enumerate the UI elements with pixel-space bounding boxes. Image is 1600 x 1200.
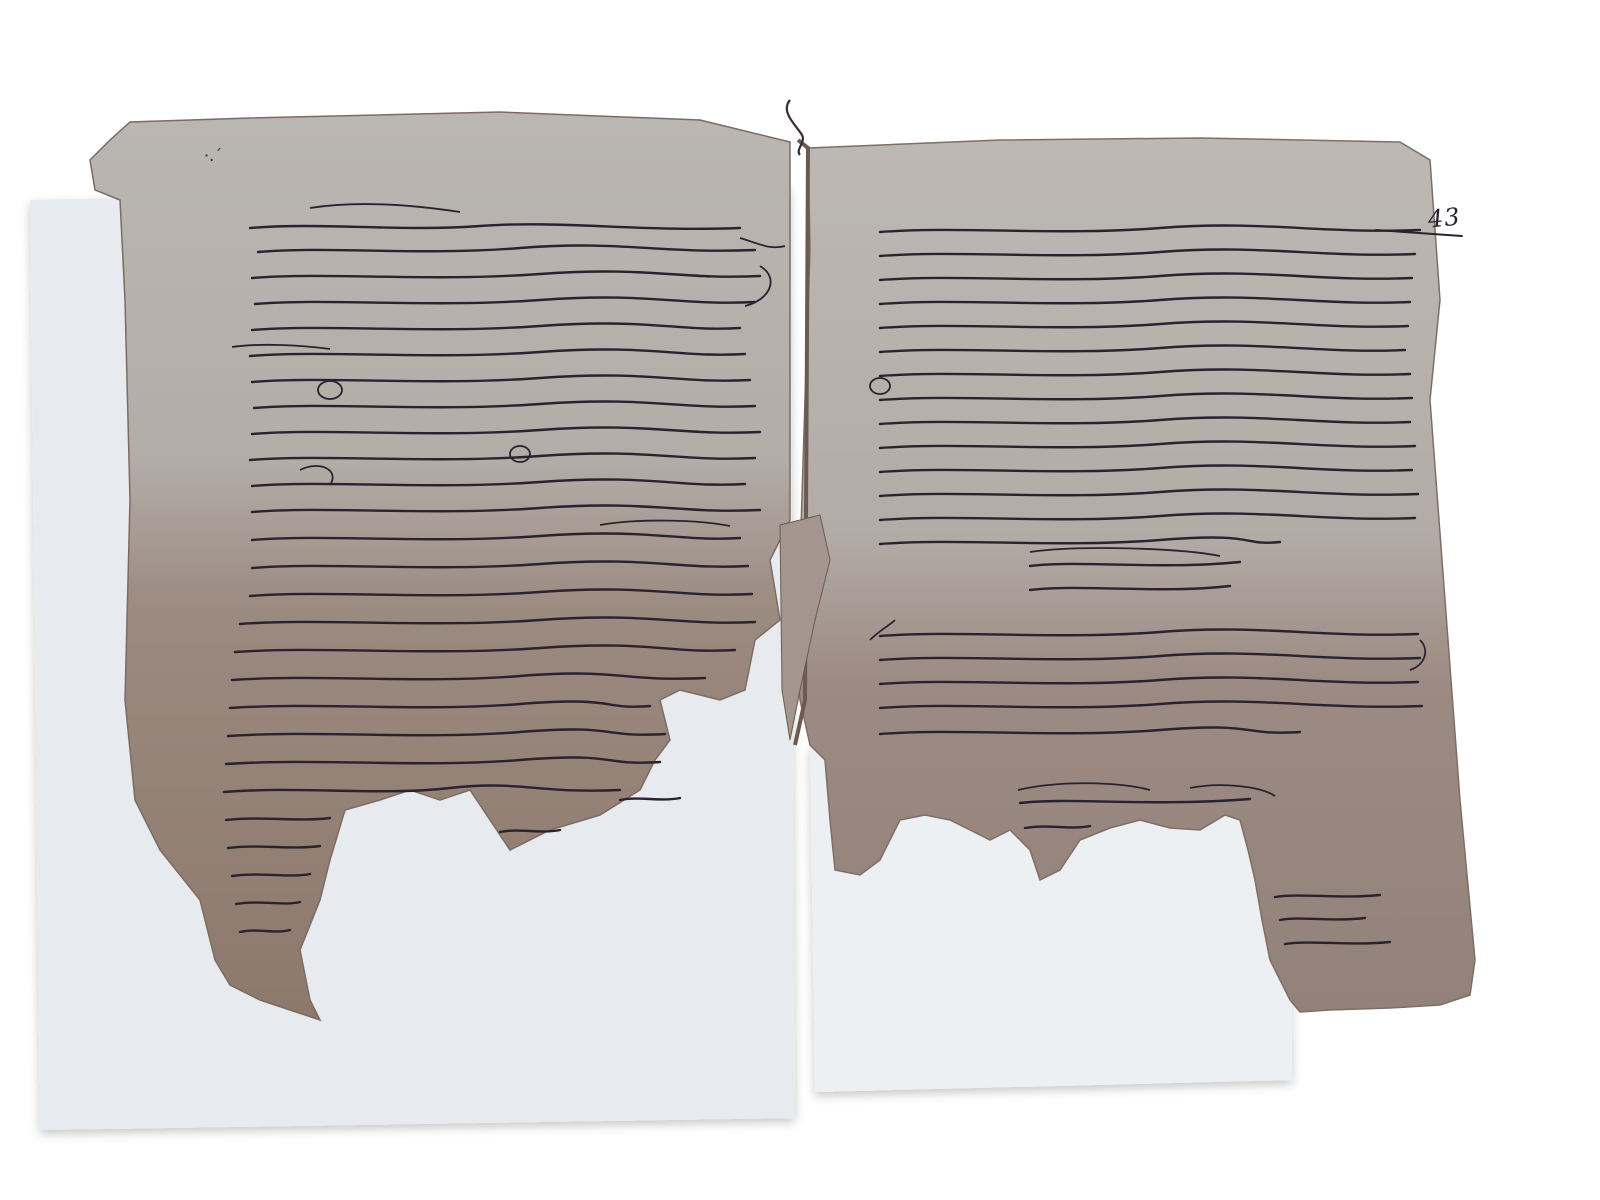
manuscript-illustration xyxy=(0,0,1600,1200)
left-page-corner-mark: ·.ˊ xyxy=(204,146,222,165)
folio-number: 43 xyxy=(1427,202,1462,233)
manuscript-photo: ·.ˊ 43 xyxy=(0,0,1600,1200)
